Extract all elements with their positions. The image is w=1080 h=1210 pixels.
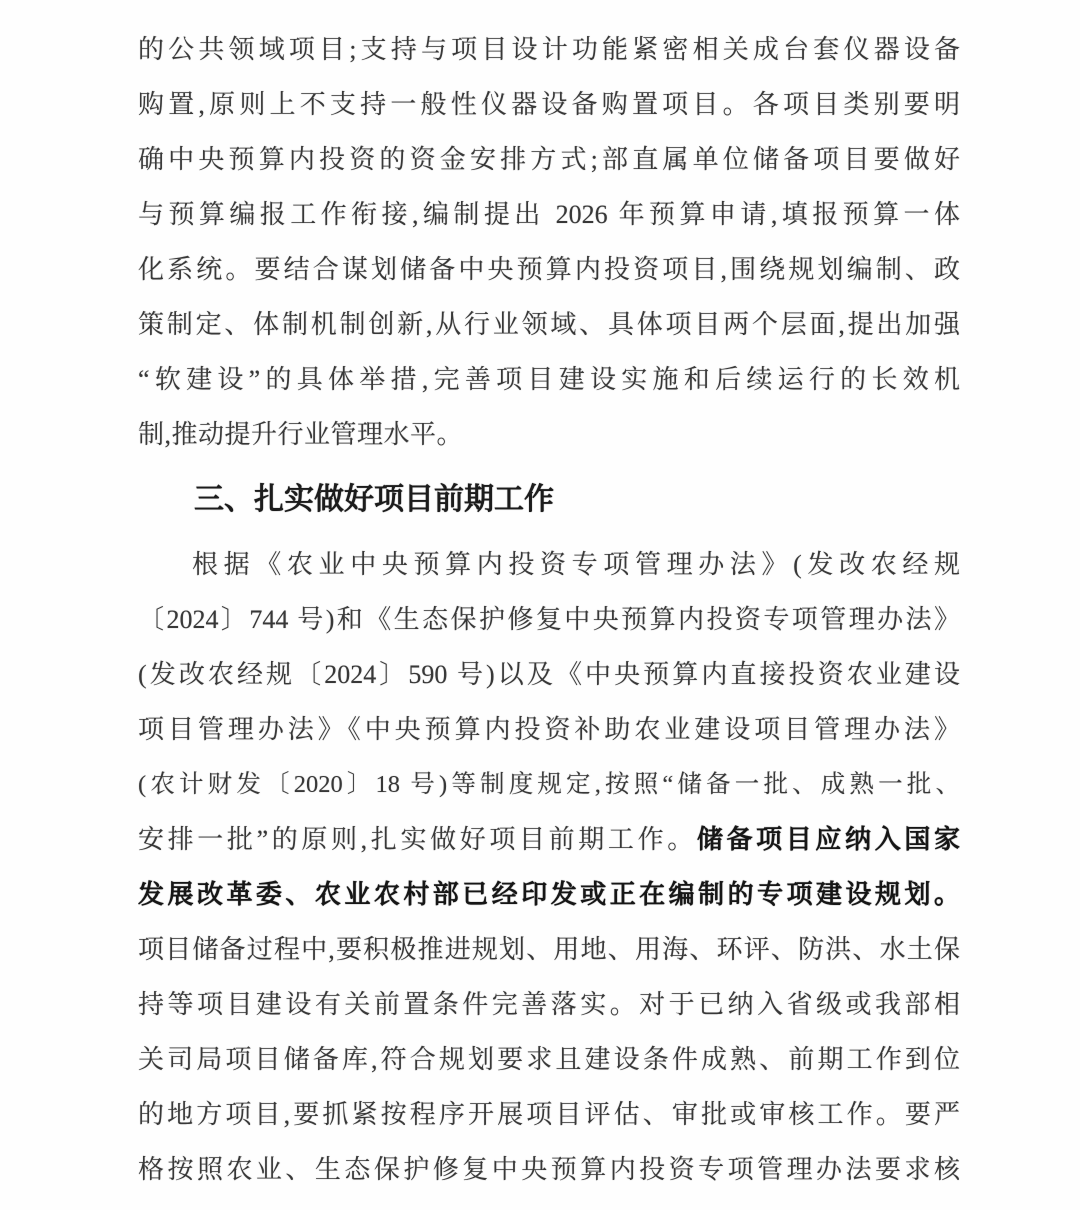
paragraph-line: 确中央预算内投资的资金安排方式;部直属单位储备项目要做好	[138, 132, 960, 187]
section-heading: 三、扎实做好项目前期工作	[194, 472, 960, 527]
paragraph-line: 购置,原则上不支持一般性仪器设备购置项目。各项目类别要明	[138, 77, 960, 132]
paragraph-first-line: 根据《农业中央预算内投资专项管理办法》(发改农经规	[138, 537, 960, 592]
paragraph-line: 关司局项目储备库,符合规划要求且建设条件成熟、前期工作到位	[138, 1032, 960, 1087]
regular-text: 安排一批”的原则,扎实做好项目前期工作。	[138, 825, 697, 854]
paragraph-line: 项目管理办法》《中央预算内投资补助农业建设项目管理办法》	[138, 702, 960, 757]
paragraph-line: 的地方项目,要抓紧按程序开展项目评估、审批或审核工作。要严	[138, 1087, 960, 1142]
document-page: 的公共领域项目;支持与项目设计功能紧密相关成台套仪器设备 购置,原则上不支持一般…	[0, 0, 1080, 1210]
paragraph-line: 格按照农业、生态保护修复中央预算内投资专项管理办法要求核	[138, 1142, 960, 1197]
paragraph-line: 的公共领域项目;支持与项目设计功能紧密相关成台套仪器设备	[138, 22, 960, 77]
paragraph-line: (发改农经规〔2024〕590 号)以及《中央预算内直接投资农业建设	[138, 647, 960, 702]
bold-emphasis-text: 储备项目应纳入国家	[697, 824, 960, 854]
paragraph-line: 〔2024〕744 号)和《生态保护修复中央预算内投资专项管理办法》	[138, 592, 960, 647]
paragraph-line: 策制定、体制机制创新,从行业领域、具体项目两个层面,提出加强	[138, 297, 960, 352]
paragraph-line: (农计财发〔2020〕18 号)等制度规定,按照“储备一批、成熟一批、	[138, 757, 960, 812]
paragraph-last-line: 制,推动提升行业管理水平。	[138, 407, 960, 462]
paragraph-line: 持等项目建设有关前置条件完善落实。对于已纳入省级或我部相	[138, 977, 960, 1032]
paragraph-line: 与预算编报工作衔接,编制提出 2026 年预算申请,填报预算一体	[138, 187, 960, 242]
paragraph-line-mixed: 安排一批”的原则,扎实做好项目前期工作。储备项目应纳入国家	[138, 812, 960, 867]
paragraph-line: 化系统。要结合谋划储备中央预算内投资项目,围绕规划编制、政	[138, 242, 960, 297]
paragraph-line: 项目储备过程中,要积极推进规划、用地、用海、环评、防洪、水土保	[138, 922, 960, 977]
bold-emphasis-line: 发展改革委、农业农村部已经印发或正在编制的专项建设规划。	[138, 867, 960, 922]
paragraph-line: “软建设”的具体举措,完善项目建设实施和后续运行的长效机	[138, 352, 960, 407]
